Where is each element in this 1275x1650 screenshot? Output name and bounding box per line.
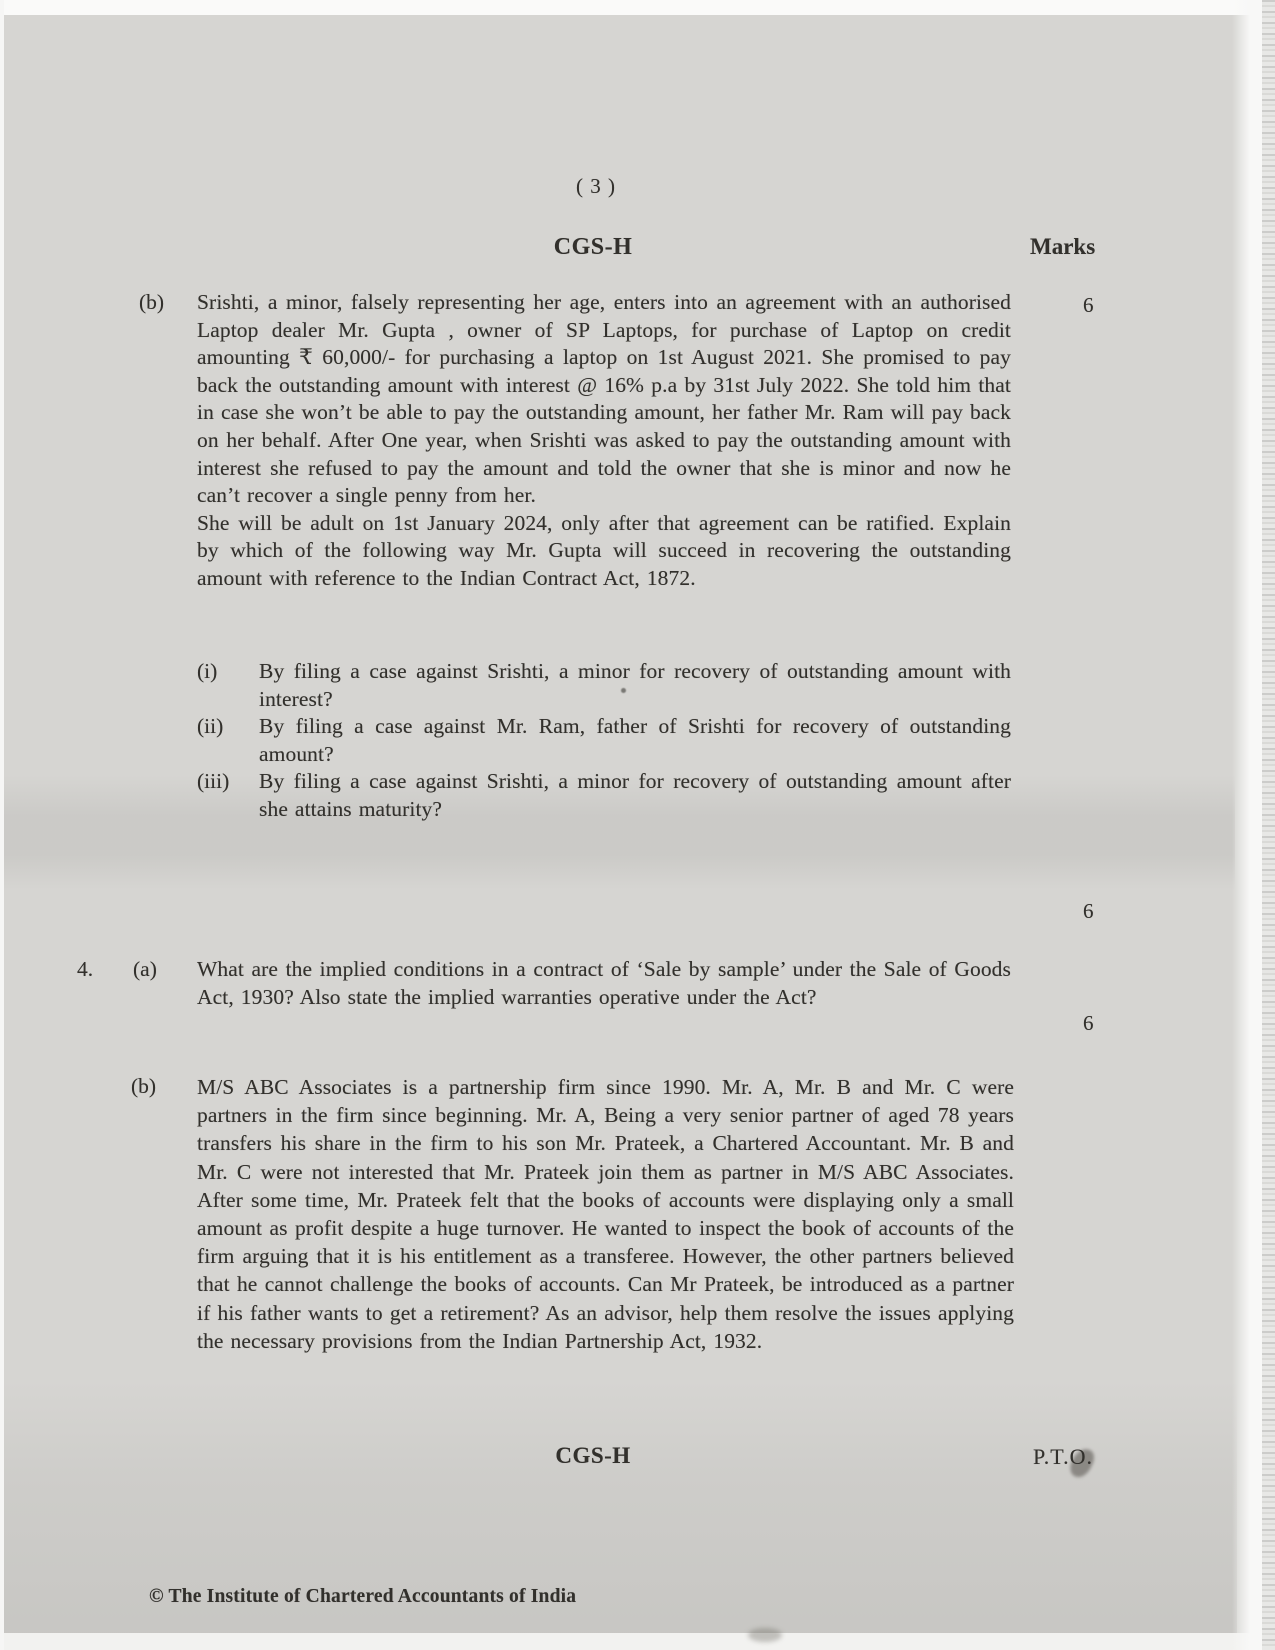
scan-edge-left: [0, 0, 4, 1650]
marks-column-label: Marks: [1030, 234, 1095, 260]
paper-code-footer: CGS-H: [458, 1443, 728, 1469]
scan-edge-right-texture: [1262, 0, 1275, 1650]
option-number: (i): [197, 658, 259, 713]
option-number: (ii): [197, 713, 259, 768]
option-item-ii: (ii) By filing a case against Mr. Ram, f…: [197, 713, 1011, 768]
pto-label: P.T.O.: [1033, 1444, 1093, 1470]
question-3b-marks: 6: [1083, 292, 1094, 320]
question-4a-marks: 6: [1083, 898, 1094, 926]
page-number: ( 3 ): [526, 174, 666, 199]
scan-edge-right: [1232, 0, 1262, 1650]
question-4a-text: What are the implied conditions in a con…: [197, 956, 1011, 1011]
question-4a-label: (a): [133, 956, 157, 984]
option-number: (iii): [197, 768, 259, 823]
question-3b-body: Srishti, a minor, falsely representing h…: [197, 289, 1011, 593]
exam-paper-page: ( 3 ) CGS-H Marks (b) 6 Srishti, a minor…: [0, 0, 1275, 1650]
question-4b-text: M/S ABC Associates is a partnership firm…: [197, 1073, 1014, 1355]
option-text: By filing a case against Mr. Ram, father…: [259, 713, 1011, 768]
question-3b-paragraph-1: Srishti, a minor, falsely representing h…: [197, 289, 1011, 510]
question-3b-options: (i) By filing a case against Srishti, a …: [197, 658, 1011, 824]
scan-edge-top: [0, 0, 1275, 15]
question-4b-marks: 6: [1083, 1010, 1094, 1038]
option-text: By filing a case against Srishti, a mino…: [259, 658, 1011, 713]
scan-smudge: [748, 1628, 782, 1642]
scan-edge-bottom: [0, 1633, 1275, 1650]
question-4-number: 4.: [77, 956, 93, 984]
option-text: By filing a case against Srishti, a mino…: [259, 768, 1011, 823]
question-3b-label: (b): [139, 289, 164, 317]
paper-code-header: CGS-H: [458, 234, 728, 261]
question-4b-label: (b): [131, 1073, 156, 1101]
copyright-notice: © The Institute of Chartered Accountants…: [149, 1586, 576, 1608]
option-item-i: (i) By filing a case against Srishti, a …: [197, 658, 1011, 713]
option-item-iii: (iii) By filing a case against Srishti, …: [197, 768, 1011, 823]
question-3b-paragraph-2: She will be adult on 1st January 2024, o…: [197, 510, 1011, 593]
